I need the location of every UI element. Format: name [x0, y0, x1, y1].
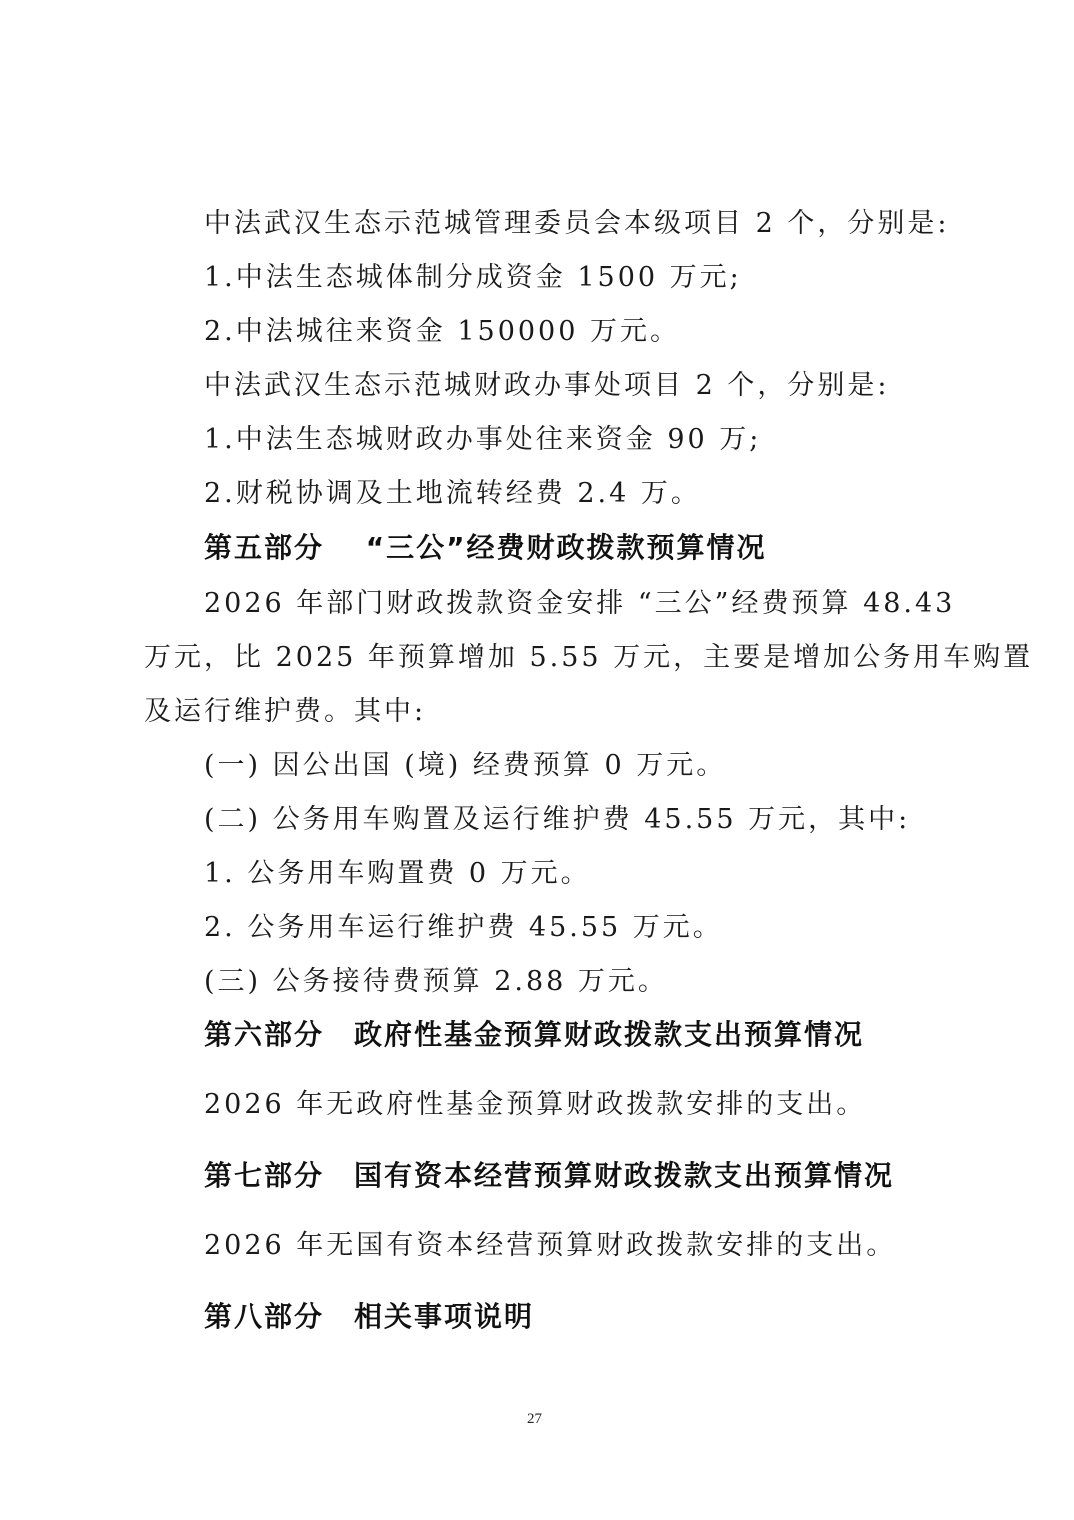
- list-item-finance-office-1: 1.中法生态城财政办事处往来资金 90 万;: [204, 422, 761, 458]
- section5-body-line-1: 2026 年部门财政拨款资金安排 “三公”经费预算 48.43: [204, 586, 955, 622]
- list-item-finance-office-2: 2.财税协调及土地流转经费 2.4 万。: [204, 476, 701, 512]
- page-number: 27: [527, 1411, 542, 1428]
- list-item-committee-1: 1.中法生态城体制分成资金 1500 万元;: [204, 260, 742, 296]
- section5-subitem-vehicle-purchase: 1. 公务用车购置费 0 万元。: [204, 856, 591, 892]
- section5-item-vehicles: (二) 公务用车购置及运行维护费 45.55 万元，其中:: [204, 802, 910, 838]
- list-item-committee-2: 2.中法城往来资金 150000 万元。: [204, 314, 680, 350]
- section5-subitem-vehicle-maintenance: 2. 公务用车运行维护费 45.55 万元。: [204, 910, 723, 946]
- section6-body: 2026 年无政府性基金预算财政拨款安排的支出。: [204, 1087, 866, 1123]
- section-heading-7: 第七部分 国有资本经营预算财政拨款支出预算情况: [204, 1157, 894, 1195]
- section5-item-overseas: (一) 因公出国 (境) 经费预算 0 万元。: [204, 748, 726, 784]
- section5-body-line-2: 万元，比 2025 年预算增加 5.55 万元，主要是增加公务用车购置: [144, 640, 1033, 676]
- section-heading-5: 第五部分 “三公”经费财政拨款预算情况: [204, 529, 767, 567]
- paragraph-projects-finance-office: 中法武汉生态示范城财政办事处项目 2 个，分别是:: [204, 368, 889, 404]
- paragraph-projects-committee: 中法武汉生态示范城管理委员会本级项目 2 个，分别是:: [204, 206, 949, 242]
- section5-body-line-3: 及运行维护费。其中:: [144, 694, 426, 730]
- section-heading-6: 第六部分 政府性基金预算财政拨款支出预算情况: [204, 1016, 864, 1054]
- section7-body: 2026 年无国有资本经营预算财政拨款安排的支出。: [204, 1228, 896, 1264]
- section-heading-8: 第八部分 相关事项说明: [204, 1298, 534, 1336]
- section5-item-reception: (三) 公务接待费预算 2.88 万元。: [204, 964, 668, 1000]
